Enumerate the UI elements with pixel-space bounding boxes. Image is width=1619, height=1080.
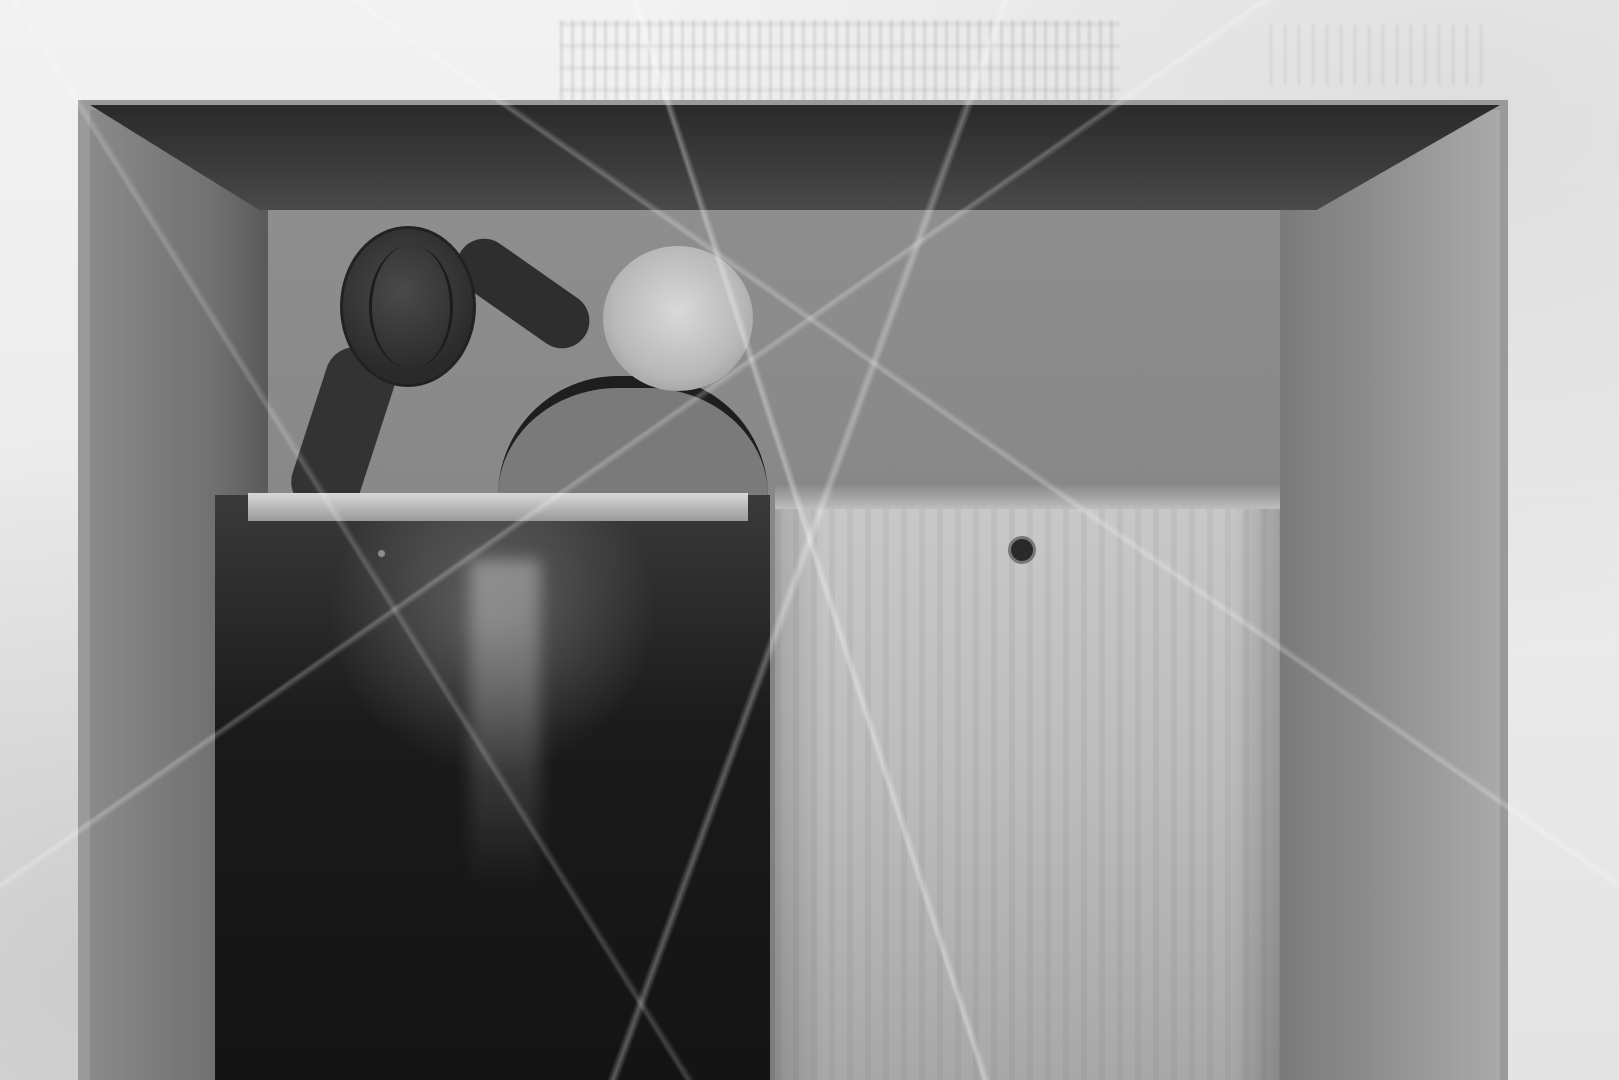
dark-bin-streak: [470, 560, 540, 890]
mural-head: [603, 246, 753, 391]
niche-ceiling-shadow: [90, 105, 1500, 210]
handwritten-notes-right: [1270, 25, 1490, 85]
light-bin-rim: [775, 485, 1280, 509]
niche-right-wall: [1280, 110, 1500, 1080]
basketball-icon: [340, 226, 476, 387]
basketball-player-mural: [268, 206, 788, 526]
dark-bin-rim: [248, 493, 748, 521]
light-bin-hole: [1008, 536, 1036, 564]
handwritten-notes: [560, 20, 1120, 110]
light-bin: [775, 485, 1280, 1080]
